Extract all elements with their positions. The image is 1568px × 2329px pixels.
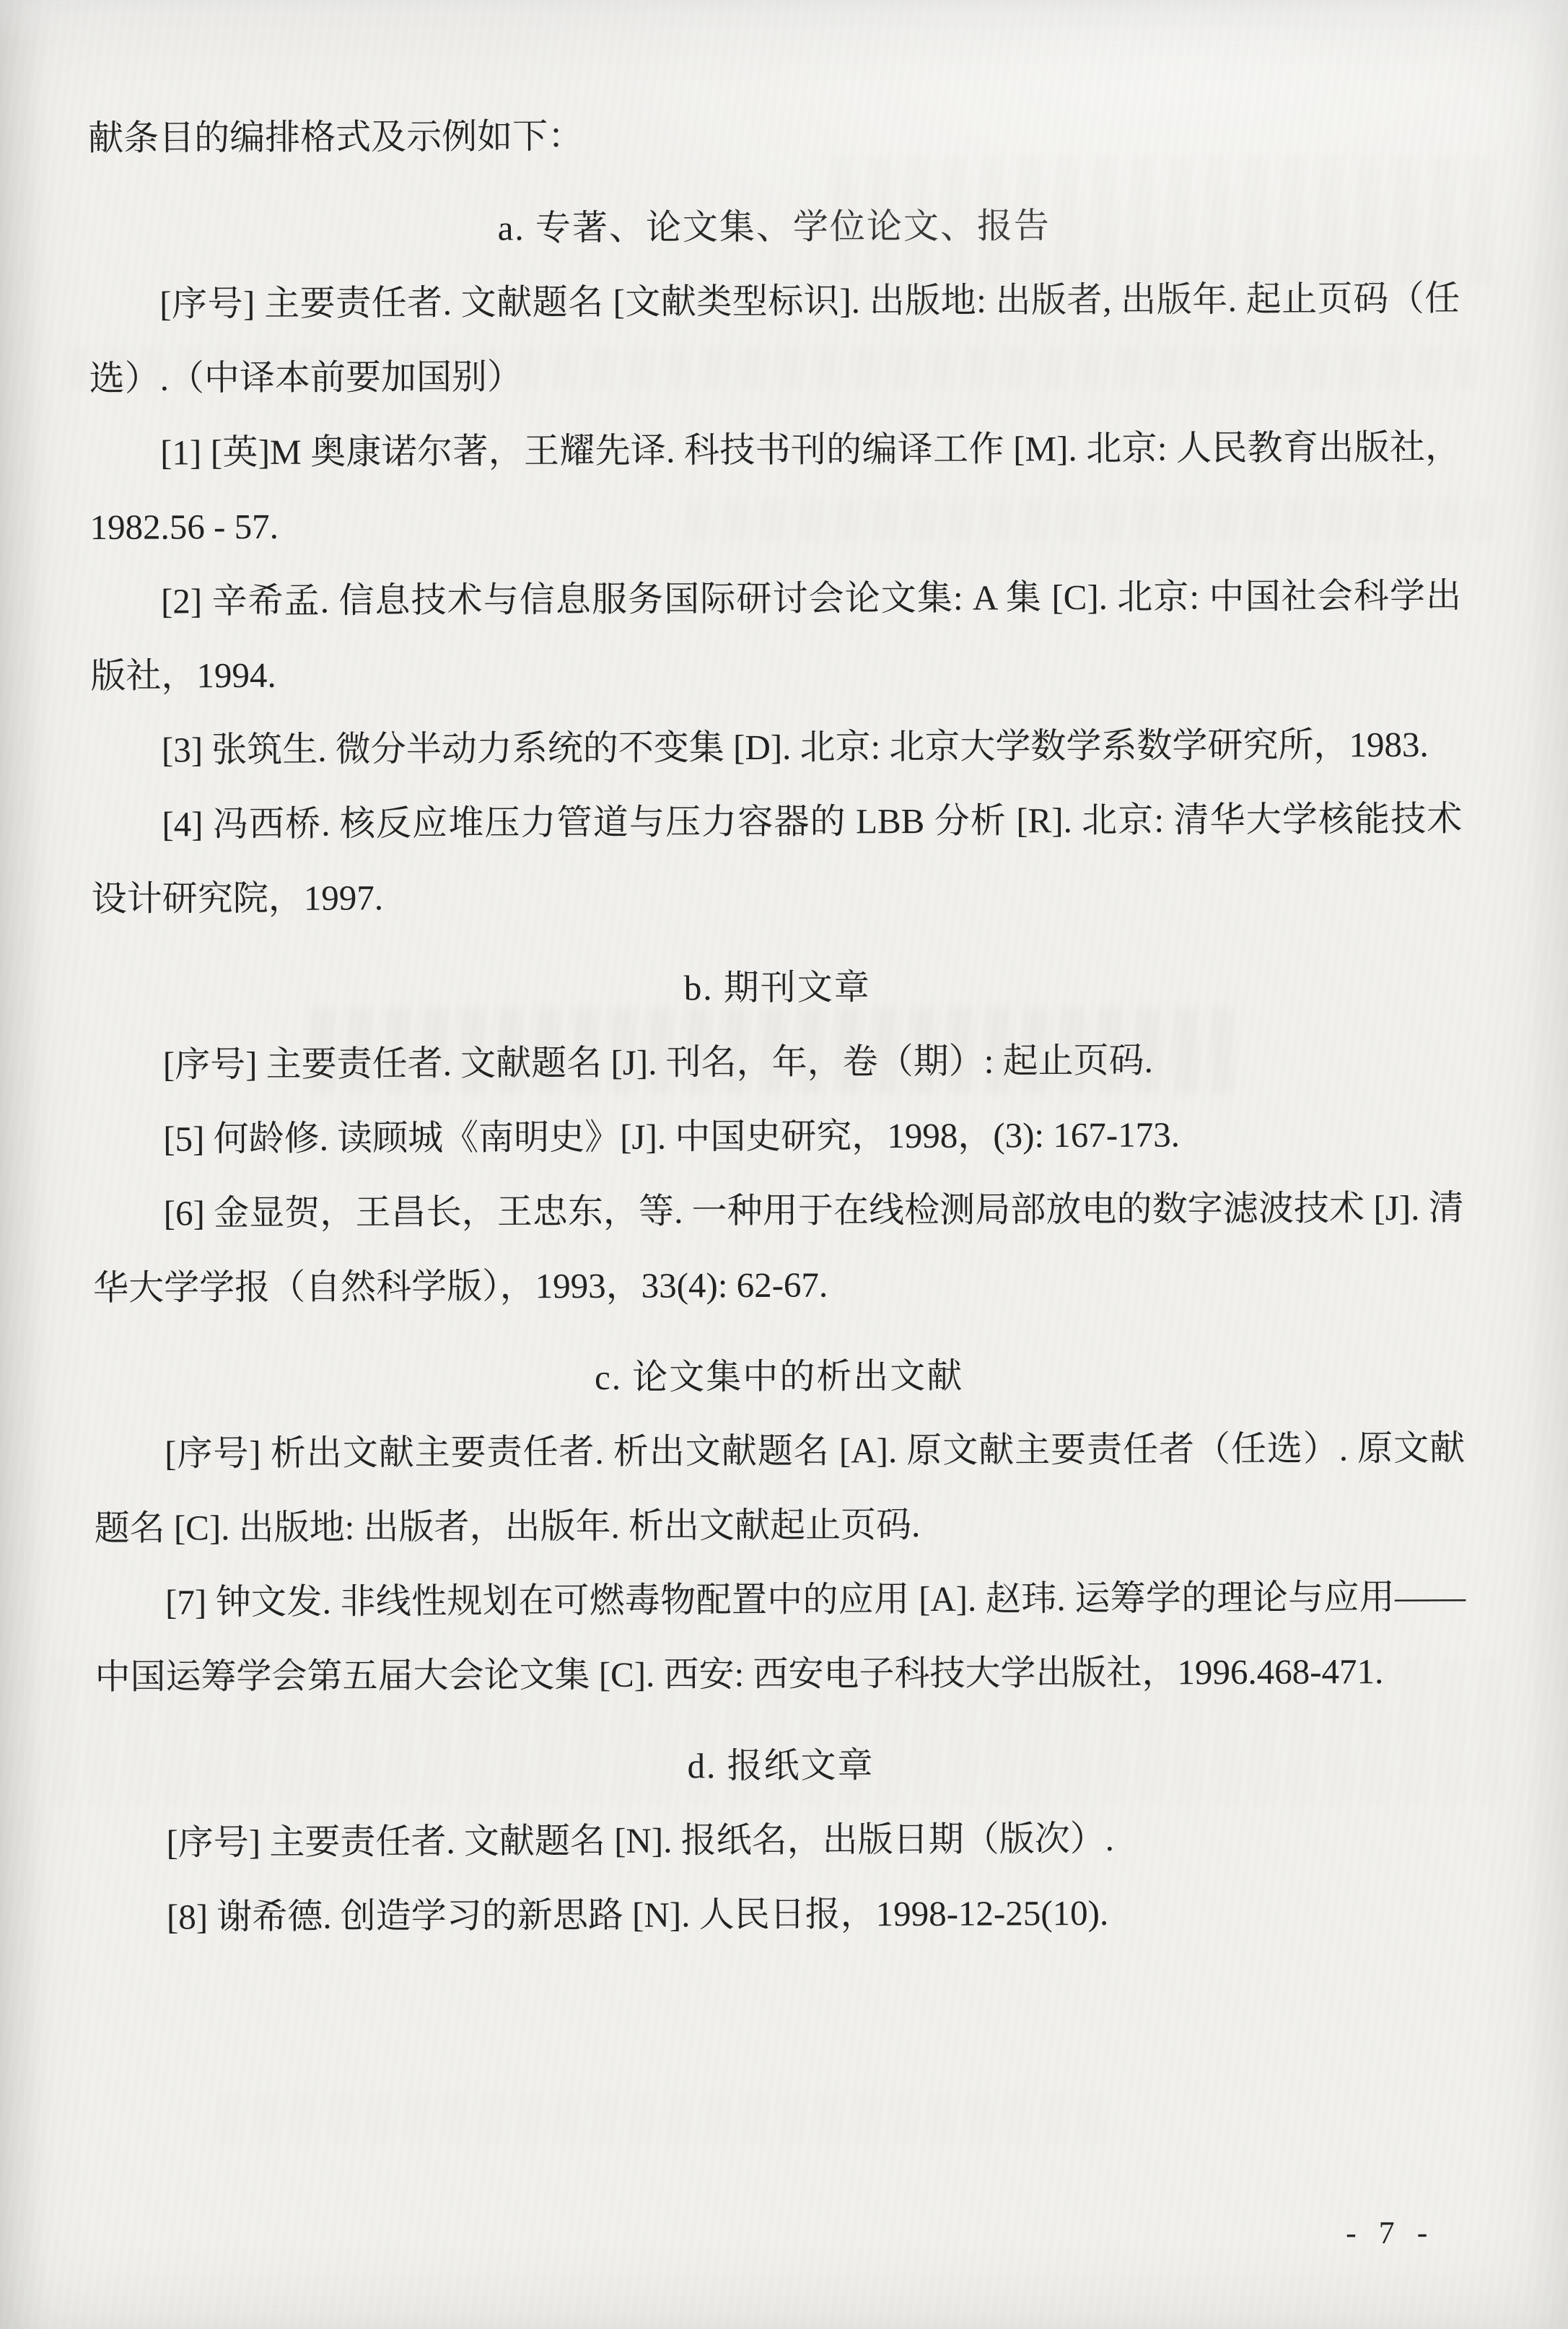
document-body: 献条目的编排格式及示例如下：a. 专著、论文集、学位论文、报告[序号] 主要责任… bbox=[88, 95, 1467, 1954]
section-heading-d: d. 报纸文章 bbox=[95, 1726, 1466, 1806]
section-heading-a: a. 专著、论文集、学位论文、报告 bbox=[89, 187, 1460, 267]
reference-4: [4] 冯西桥. 核反应堆压力管道与压力容器的 LBB 分析 [R]. 北京: … bbox=[91, 782, 1463, 936]
reference-1: [1] [英]M 奥康诺尔著，王耀先译. 科技书刊的编译工作 [M]. 北京: … bbox=[89, 410, 1461, 564]
intro-paragraph: 献条目的编排格式及示例如下： bbox=[88, 95, 1459, 175]
format-paragraph-d: [序号] 主要责任者. 文献题名 [N]. 报纸名，出版日期（版次）. bbox=[95, 1800, 1466, 1880]
page-number: - 7 - bbox=[1346, 2214, 1435, 2252]
section-heading-c: c. 论文集中的析出文献 bbox=[94, 1337, 1465, 1417]
reference-7: [7] 钟文发. 非线性规划在可燃毒物配置中的应用 [A]. 赵玮. 运筹学的理… bbox=[95, 1560, 1466, 1714]
reference-2: [2] 辛希孟. 信息技术与信息服务国际研讨会论文集: A 集 [C]. 北京:… bbox=[90, 559, 1462, 713]
format-paragraph-b: [序号] 主要责任者. 文献题名 [J]. 刊名，年，卷（期）: 起止页码. bbox=[92, 1022, 1463, 1102]
reference-5: [5] 何龄修. 读顾城《南明史》[J]. 中国史研究，1998，(3): 16… bbox=[92, 1096, 1463, 1176]
scanned-page: 献条目的编排格式及示例如下：a. 专著、论文集、学位论文、报告[序号] 主要责任… bbox=[0, 0, 1568, 2329]
reference-8: [8] 谢希德. 创造学习的新思路 [N]. 人民日报，1998-12-25(1… bbox=[96, 1874, 1467, 1954]
reference-6: [6] 金显贺，王昌长，王忠东，等. 一种用于在线检测局部放电的数字滤波技术 [… bbox=[93, 1171, 1465, 1325]
format-paragraph-a: [序号] 主要责任者. 文献题名 [文献类型标识]. 出版地: 出版者, 出版年… bbox=[89, 261, 1460, 416]
bleed-through-ghost bbox=[216, 2093, 1118, 2144]
format-paragraph-c: [序号] 析出文献主要责任者. 析出文献题名 [A]. 原文献主要责任者（任选）… bbox=[94, 1411, 1466, 1565]
reference-3: [3] 张筑生. 微分半动力系统的不变集 [D]. 北京: 北京大学数学系数学研… bbox=[91, 707, 1462, 787]
section-heading-b: b. 期刊文章 bbox=[92, 948, 1463, 1028]
